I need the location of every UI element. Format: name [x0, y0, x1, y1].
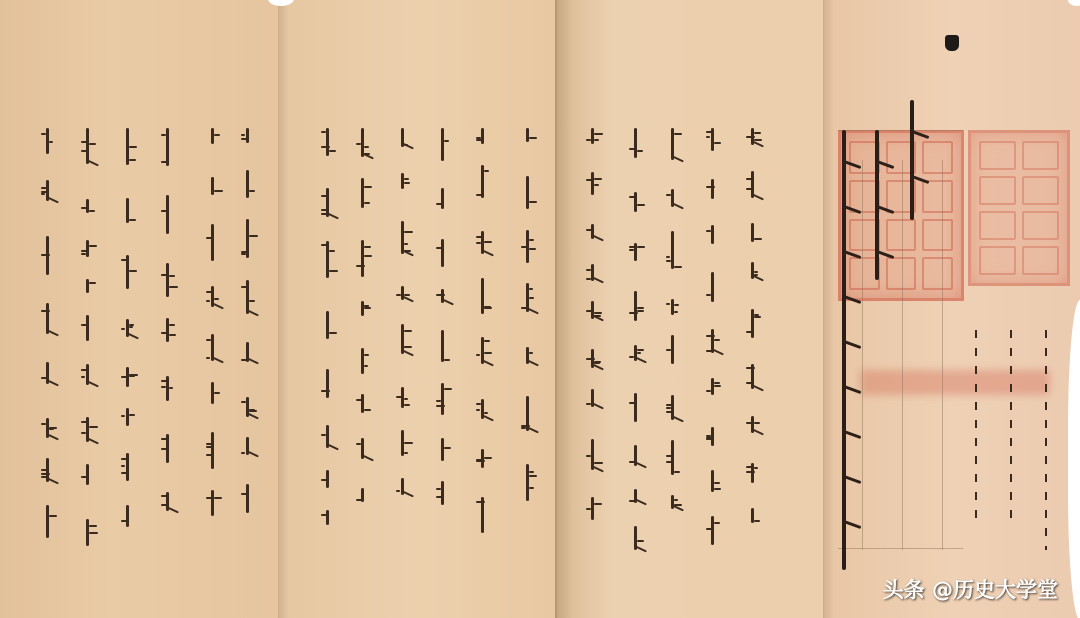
script-column — [745, 128, 761, 548]
script-column-small — [1045, 330, 1047, 550]
script-column-small — [1010, 330, 1012, 520]
script-column — [475, 128, 491, 548]
script-column-small — [975, 330, 977, 520]
script-column — [120, 128, 136, 548]
script-column — [80, 128, 96, 548]
script-column — [205, 128, 221, 548]
script-column — [160, 128, 176, 548]
red-seal-stamp — [968, 130, 1070, 286]
script-column — [240, 128, 256, 548]
red-seal-stamp — [838, 130, 964, 301]
script-column — [355, 128, 371, 548]
ruled-line — [942, 160, 943, 550]
script-column — [320, 128, 336, 548]
ruled-line — [838, 548, 963, 549]
ruled-line — [862, 160, 863, 550]
ink-blot — [945, 35, 959, 51]
fold-shadow — [557, 0, 573, 618]
script-column — [40, 128, 56, 548]
script-column — [585, 128, 601, 548]
script-column-bold — [842, 130, 846, 570]
script-column-bold — [910, 100, 914, 220]
script-column — [435, 128, 451, 548]
ruled-line — [902, 160, 903, 550]
ruled-line — [838, 130, 963, 131]
script-column — [705, 128, 721, 548]
script-column — [665, 128, 681, 548]
script-column — [520, 128, 536, 548]
paper-tear — [1068, 300, 1080, 618]
fold-shadow — [279, 0, 289, 618]
document-photo: 头条 @历史大学堂 — [0, 0, 1080, 618]
watermark: 头条 @历史大学堂 — [883, 574, 1058, 604]
seal-ink-smear — [860, 370, 1050, 395]
script-column — [628, 128, 644, 548]
fold-shadow — [824, 0, 834, 618]
script-column — [395, 128, 411, 548]
